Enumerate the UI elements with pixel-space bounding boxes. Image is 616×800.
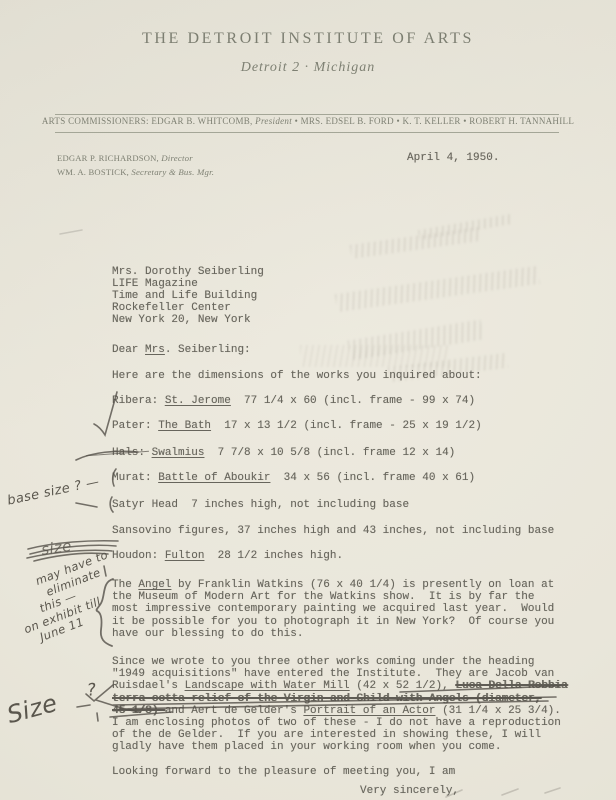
signature-smudge — [446, 788, 560, 797]
checkmark-ribera-pater — [94, 392, 117, 435]
pencil-strike-luca — [400, 686, 560, 692]
tick-satyr — [110, 497, 113, 512]
tick-murat — [113, 469, 116, 486]
dash-base-size — [76, 503, 97, 507]
tick-below-scribble — [104, 566, 106, 576]
brace-watkins — [97, 579, 113, 646]
faint-mark-left — [60, 230, 82, 234]
scribble-over-size — [27, 541, 118, 561]
pencil-strike-terracotta — [113, 697, 556, 709]
letter-page: THE DETROIT INSTITUTE OF ARTS Detroit 2 … — [0, 0, 616, 800]
strike-hals — [76, 451, 138, 460]
pencil-marks-overlay — [0, 0, 616, 800]
